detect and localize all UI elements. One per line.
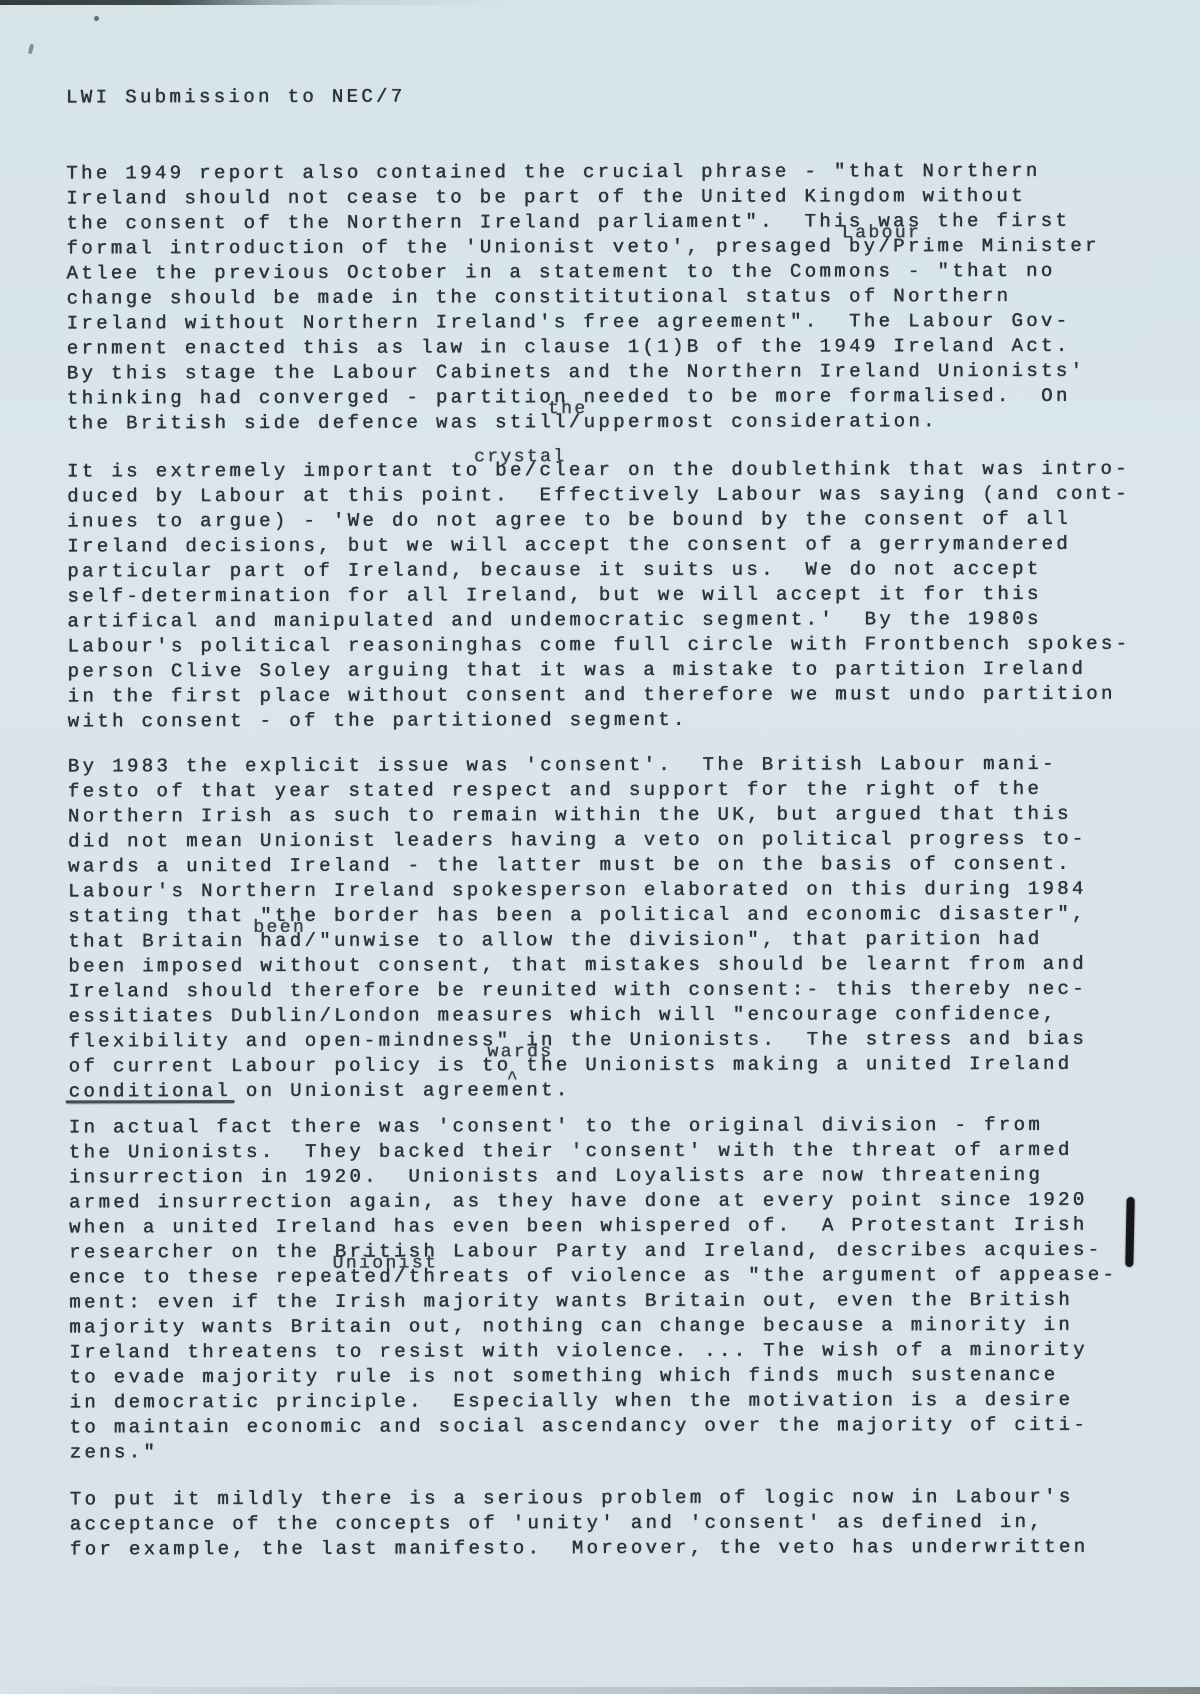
typed-insertion: wards xyxy=(487,1040,553,1065)
paragraph-3: By 1983 the explicit issue was 'consent'… xyxy=(68,752,1171,1105)
text-line: with consent - of the partitioned segmen… xyxy=(68,707,1170,735)
document-title: LWI Submission to NEC/7 xyxy=(66,85,406,111)
paragraph-4: In actual fact there was 'consent' to th… xyxy=(69,1113,1172,1466)
text-line: in democratic principle. Especially when… xyxy=(69,1388,1171,1416)
text-line: the British side defence was still/upper… xyxy=(67,409,1169,437)
text-line: when a united Ireland has even been whis… xyxy=(69,1213,1171,1241)
text-line: inues to argue) - 'We do not agree to be… xyxy=(67,507,1169,535)
text-line: Atlee the previous October in a statemen… xyxy=(66,259,1168,287)
text-line: to evade majority rule is not something … xyxy=(69,1363,1171,1391)
text-line: insurrection in 1920. Unionists and Loya… xyxy=(69,1163,1171,1191)
text-line: By 1983 the explicit issue was 'consent'… xyxy=(68,752,1170,780)
typed-underline xyxy=(66,1100,235,1103)
text-line: self-determination for all Ireland, but … xyxy=(67,582,1169,610)
text-line: that Britain had/"unwise to allow the di… xyxy=(68,927,1170,955)
text-line: Ireland without Northern Ireland's free … xyxy=(67,309,1169,337)
text-line: duced by Labour at this point. Effective… xyxy=(67,482,1169,510)
text-line: To put it mildly there is a serious prob… xyxy=(70,1485,1172,1513)
text-line: change should be made in the constititut… xyxy=(67,284,1169,312)
paragraph-1: The 1949 report also contained the cruci… xyxy=(66,159,1169,437)
text-line: particular part of Ireland, because it s… xyxy=(67,557,1169,585)
text-line: festo of that year stated respect and su… xyxy=(68,777,1170,805)
text-line: Ireland decisions, but we will accept th… xyxy=(67,532,1169,560)
text-line: zens." xyxy=(70,1438,1172,1466)
text-line: majority wants Britain out, nothing can … xyxy=(69,1313,1171,1341)
text-line: acceptance of the concepts of 'unity' an… xyxy=(70,1510,1172,1538)
text-line: In actual fact there was 'consent' to th… xyxy=(69,1113,1171,1141)
typed-insertion: been xyxy=(253,916,306,941)
scan-edge-bottom xyxy=(0,1687,1200,1694)
text-line: in the first place without consent and t… xyxy=(68,682,1170,710)
text-line: been imposed without consent, that mista… xyxy=(68,952,1170,980)
text-line: ment: even if the Irish majority wants B… xyxy=(69,1288,1171,1316)
text-line: Ireland threatens to resist with violenc… xyxy=(69,1338,1171,1366)
typed-insertion: Labour xyxy=(842,221,921,246)
text-line: researcher on the British Labour Party a… xyxy=(69,1238,1171,1266)
text-line: stating that "the border has been a poli… xyxy=(68,902,1170,930)
text-line: thinking had converged - partition neede… xyxy=(67,384,1169,412)
text-line: did not mean Unionist leaders having a v… xyxy=(68,827,1170,855)
paragraph-2: It is extremely important to be/clear on… xyxy=(67,457,1170,735)
paper-sheet: LWI Submission to NEC/7 The 1949 report … xyxy=(0,0,1200,1694)
text-line: Northern Irish as such to remain within … xyxy=(68,802,1170,830)
typed-insertion: the xyxy=(548,397,588,422)
text-line: the consent of the Northern Ireland parl… xyxy=(66,209,1168,237)
text-line: Ireland should therefore be reunited wit… xyxy=(68,977,1170,1005)
text-line: artifical and manipulated and undemocrat… xyxy=(67,607,1169,635)
text-line: armed insurrection again, as they have d… xyxy=(69,1188,1171,1216)
text-line: essitiates Dublin/London measures which … xyxy=(68,1002,1170,1030)
text-line: person Clive Soley arguing that it was a… xyxy=(68,657,1170,685)
text-line: It is extremely important to be/clear on… xyxy=(67,457,1169,485)
text-line: formal introduction of the 'Unionist vet… xyxy=(66,234,1168,262)
text-line: The 1949 report also contained the cruci… xyxy=(66,159,1168,187)
text-line: of current Labour policy is to the Union… xyxy=(69,1052,1171,1080)
text-line: Labour's political reasoninghas come ful… xyxy=(67,632,1169,660)
text-line: for example, the last manifesto. Moreove… xyxy=(70,1535,1172,1563)
paper-speck xyxy=(94,16,99,21)
text-line: ernment enacted this as law in clause 1(… xyxy=(67,334,1169,362)
text-line: By this stage the Labour Cabinets and th… xyxy=(67,359,1169,387)
typed-insertion: Unionist xyxy=(332,1251,438,1276)
scanned-document-page: { "colors":{"paper":"#d9e5ea","ink":"#2e… xyxy=(0,0,1200,1694)
typed-insertion: crystal xyxy=(474,445,566,470)
margin-pen-mark xyxy=(1125,1197,1134,1267)
text-line: ence to these repeated/threats of violen… xyxy=(69,1263,1171,1291)
caret-mark: ^ xyxy=(507,1067,520,1092)
text-line: to maintain economic and social ascendan… xyxy=(69,1413,1171,1441)
scan-edge-top xyxy=(0,0,1200,5)
text-line: flexibility and open-mindness" in the Un… xyxy=(68,1027,1170,1055)
text-line: Ireland should not cease to be part of t… xyxy=(66,184,1168,212)
paragraph-5: To put it mildly there is a serious prob… xyxy=(70,1485,1172,1563)
text-line: Labour's Northern Ireland spokesperson e… xyxy=(68,877,1170,905)
text-line: the Unionists. They backed their 'consen… xyxy=(69,1138,1171,1166)
text-line: wards a united Ireland - the latter must… xyxy=(68,852,1170,880)
